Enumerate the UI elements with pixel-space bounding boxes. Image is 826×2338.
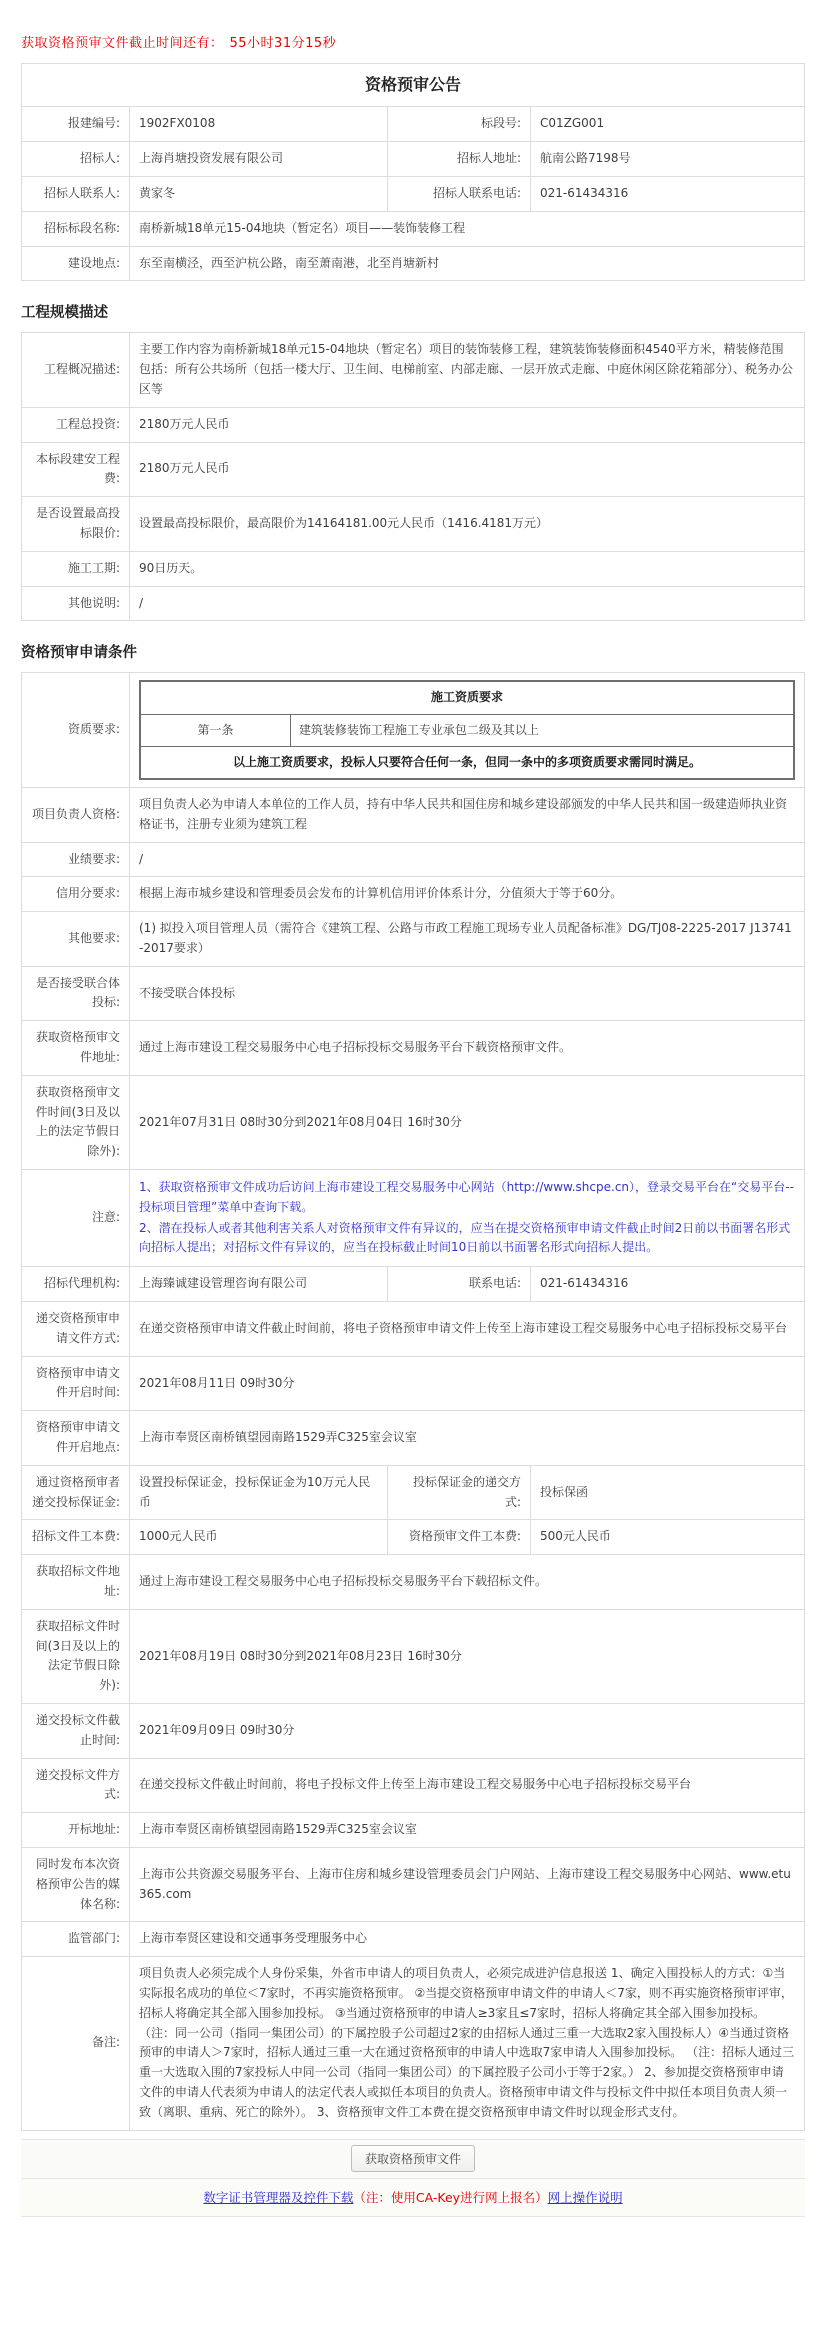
field-value: 2021年07月31日 08时30分到2021年08月04日 16时30分 bbox=[130, 1075, 805, 1169]
table-row: 工程概况描述: 主要工作内容为南桥新城18单元15-04地块（暂定名）项目的装饰… bbox=[22, 333, 805, 407]
field-value: 不接受联合体投标 bbox=[130, 966, 805, 1021]
prequalification-table: 资质要求: 施工资质要求 第一条 建筑装修装饰工程施工专业承包二级及其以上 以上… bbox=[21, 672, 805, 2130]
field-value: 航南公路7198号 bbox=[531, 142, 805, 177]
field-value: 黄家冬 bbox=[130, 176, 388, 211]
field-label: 施工工期: bbox=[22, 551, 130, 586]
field-value: 021-61434316 bbox=[531, 1267, 805, 1302]
field-value: / bbox=[130, 842, 805, 877]
field-label: 资格预审申请文件开启时间: bbox=[22, 1356, 130, 1411]
table-row: 以上施工资质要求，投标人只要符合任何一条，但同一条中的多项资质要求需同时满足。 bbox=[140, 746, 794, 779]
table-row: 获取招标文件地址: 通过上海市建设工程交易服务中心电子招标投标交易服务平台下载招… bbox=[22, 1555, 805, 1610]
field-value: 设置最高投标限价，最高限价为14164181.00元人民币（1416.4181万… bbox=[130, 497, 805, 552]
field-label: 招标人: bbox=[22, 142, 130, 177]
field-value: 通过上海市建设工程交易服务中心电子招标投标交易服务平台下载招标文件。 bbox=[130, 1555, 805, 1610]
download-links-bar: 数字证书管理器及控件下载（注：使用CA-Key进行网上报名）网上操作说明 bbox=[21, 2179, 805, 2217]
field-value: C01ZG001 bbox=[531, 107, 805, 142]
table-row: 是否接受联合体投标: 不接受联合体投标 bbox=[22, 966, 805, 1021]
qualification-requirement-cell: 施工资质要求 第一条 建筑装修装饰工程施工专业承包二级及其以上 以上施工资质要求… bbox=[130, 673, 805, 788]
field-value: 1902FX0108 bbox=[130, 107, 388, 142]
section-heading-project-scale: 工程规模描述 bbox=[21, 301, 805, 322]
field-value: 根据上海市城乡建设和管理委员会发布的计算机信用评价体系计分，分值须大于等于60分… bbox=[130, 877, 805, 912]
countdown-banner: 获取资格预审文件截止时间还有：55小时31分15秒 bbox=[21, 32, 805, 51]
field-label: 项目负责人资格: bbox=[22, 787, 130, 842]
table-row: 开标地址: 上海市奉贤区南桥镇望园南路1529弄C325室会议室 bbox=[22, 1813, 805, 1848]
field-label: 投标保证金的递交方式: bbox=[388, 1465, 531, 1520]
table-row: 资格预审申请文件开启时间: 2021年08月11日 09时30分 bbox=[22, 1356, 805, 1411]
table-row: 施工资质要求 bbox=[140, 681, 794, 714]
field-value: 南桥新城18单元15-04地块（暂定名）项目——装饰装修工程 bbox=[130, 211, 805, 246]
field-value: 500元人民币 bbox=[531, 1520, 805, 1555]
notice-line-2: 2、潜在投标人或者其他利害关系人对资格预审文件有异议的，应当在提交资格预审申请文… bbox=[139, 1219, 795, 1259]
remarks-text: 项目负责人必须完成个人身份采集，外省市申请人的项目负责人，必须完成进沪信息报送 … bbox=[130, 1957, 805, 2130]
field-value: 在递交投标文件截止时间前，将电子投标文件上传至上海市建设工程交易服务中心电子招标… bbox=[130, 1758, 805, 1813]
table-row: 同时发布本次资格预审公告的媒体名称: 上海市公共资源交易服务平台、上海市住房和城… bbox=[22, 1847, 805, 1921]
clause-number: 第一条 bbox=[140, 714, 290, 746]
table-row: 招标文件工本费: 1000元人民币 资格预审文件工本费: 500元人民币 bbox=[22, 1520, 805, 1555]
field-label: 其他要求: bbox=[22, 912, 130, 967]
table-row: 备注: 项目负责人必须完成个人身份采集，外省市申请人的项目负责人，必须完成进沪信… bbox=[22, 1957, 805, 2130]
project-scale-table: 工程概况描述: 主要工作内容为南桥新城18单元15-04地块（暂定名）项目的装饰… bbox=[21, 332, 805, 621]
field-value: 投标保函 bbox=[531, 1465, 805, 1520]
field-value: 上海市奉贤区南桥镇望园南路1529弄C325室会议室 bbox=[130, 1813, 805, 1848]
field-label: 是否接受联合体投标: bbox=[22, 966, 130, 1021]
table-row: 获取资格预审文件时间(3日及以上的法定节假日除外): 2021年07月31日 0… bbox=[22, 1075, 805, 1169]
field-value: 2021年08月11日 09时30分 bbox=[130, 1356, 805, 1411]
field-label: 资格预审申请文件开启地点: bbox=[22, 1411, 130, 1466]
field-value: 在递交资格预审申请文件截止时间前，将电子资格预审申请文件上传至上海市建设工程交易… bbox=[130, 1302, 805, 1357]
field-value: 东至南横泾，西至沪杭公路，南至萧南港，北至肖塘新村 bbox=[130, 246, 805, 281]
table-row: 资格预审申请文件开启地点: 上海市奉贤区南桥镇望园南路1529弄C325室会议室 bbox=[22, 1411, 805, 1466]
field-label: 资格预审文件工本费: bbox=[388, 1520, 531, 1555]
section-heading-prequalification-conditions: 资格预审申请条件 bbox=[21, 641, 805, 662]
field-label: 招标人联系人: bbox=[22, 176, 130, 211]
table-row: 业绩要求: / bbox=[22, 842, 805, 877]
table-row: 招标人: 上海肖塘投资发展有限公司 招标人地址: 航南公路7198号 bbox=[22, 142, 805, 177]
table-row: 是否设置最高投标限价: 设置最高投标限价，最高限价为14164181.00元人民… bbox=[22, 497, 805, 552]
field-label: 信用分要求: bbox=[22, 877, 130, 912]
field-value: 上海市公共资源交易服务平台、上海市住房和城乡建设管理委员会门户网站、上海市建设工… bbox=[130, 1847, 805, 1921]
field-label: 工程概况描述: bbox=[22, 333, 130, 407]
field-value: 1000元人民币 bbox=[130, 1520, 388, 1555]
field-value: 通过上海市建设工程交易服务中心电子招标投标交易服务平台下载资格预审文件。 bbox=[130, 1021, 805, 1076]
construction-qualification-table: 施工资质要求 第一条 建筑装修装饰工程施工专业承包二级及其以上 以上施工资质要求… bbox=[139, 680, 795, 780]
field-value: 上海肖塘投资发展有限公司 bbox=[130, 142, 388, 177]
table-row: 递交资格预审申请文件方式: 在递交资格预审申请文件截止时间前，将电子资格预审申请… bbox=[22, 1302, 805, 1357]
field-label: 建设地点: bbox=[22, 246, 130, 281]
table-row: 其他说明: / bbox=[22, 586, 805, 621]
field-label: 递交投标文件截止时间: bbox=[22, 1704, 130, 1759]
table-row: 通过资格预审者递交投标保证金: 设置投标保证金，投标保证金为10万元人民币 投标… bbox=[22, 1465, 805, 1520]
announcement-page: 获取资格预审文件截止时间还有：55小时31分15秒 资格预审公告 报建编号: 1… bbox=[0, 32, 826, 2217]
field-value: 2021年09月09日 09时30分 bbox=[130, 1704, 805, 1759]
field-value: 上海臻诚建设管理咨询有限公司 bbox=[130, 1267, 388, 1302]
table-row: 注意: 1、获取资格预审文件成功后访问上海市建设工程交易服务中心网站（http:… bbox=[22, 1170, 805, 1267]
online-operation-guide-link[interactable]: 网上操作说明 bbox=[548, 2190, 623, 2205]
table-row: 资质要求: 施工资质要求 第一条 建筑装修装饰工程施工专业承包二级及其以上 以上… bbox=[22, 673, 805, 788]
notice-text: 1、获取资格预审文件成功后访问上海市建设工程交易服务中心网站（http://ww… bbox=[130, 1170, 805, 1267]
field-value: 2180万元人民币 bbox=[130, 407, 805, 442]
field-value: 上海市奉贤区建设和交通事务受理服务中心 bbox=[130, 1922, 805, 1957]
field-label: 获取招标文件地址: bbox=[22, 1555, 130, 1610]
field-value: 上海市奉贤区南桥镇望园南路1529弄C325室会议室 bbox=[130, 1411, 805, 1466]
field-label: 获取资格预审文件地址: bbox=[22, 1021, 130, 1076]
field-label: 标段号: bbox=[388, 107, 531, 142]
table-row: 招标标段名称: 南桥新城18单元15-04地块（暂定名）项目——装饰装修工程 bbox=[22, 211, 805, 246]
action-bar: 获取资格预审文件 bbox=[21, 2139, 805, 2179]
notice-line-1: 1、获取资格预审文件成功后访问上海市建设工程交易服务中心网站（http://ww… bbox=[139, 1178, 795, 1218]
table-row: 获取资格预审文件地址: 通过上海市建设工程交易服务中心电子招标投标交易服务平台下… bbox=[22, 1021, 805, 1076]
table-row: 建设地点: 东至南横泾，西至沪杭公路，南至萧南港，北至肖塘新村 bbox=[22, 246, 805, 281]
field-label: 通过资格预审者递交投标保证金: bbox=[22, 1465, 130, 1520]
field-label: 工程总投资: bbox=[22, 407, 130, 442]
table-row: 施工工期: 90日历天。 bbox=[22, 551, 805, 586]
certificate-manager-download-link[interactable]: 数字证书管理器及控件下载 bbox=[203, 2190, 353, 2205]
field-value: (1) 拟投入项目管理人员（需符合《建筑工程、公路与市政工程施工现场专业人员配备… bbox=[130, 912, 805, 967]
field-value: 2021年08月19日 08时30分到2021年08月23日 16时30分 bbox=[130, 1609, 805, 1703]
field-label: 备注: bbox=[22, 1957, 130, 2130]
field-label: 资质要求: bbox=[22, 673, 130, 788]
field-value: 项目负责人必为申请人本单位的工作人员，持有中华人民共和国住房和城乡建设部颁发的中… bbox=[130, 787, 805, 842]
clause-text: 建筑装修装饰工程施工专业承包二级及其以上 bbox=[290, 714, 794, 746]
field-label: 招标文件工本费: bbox=[22, 1520, 130, 1555]
field-value: 设置投标保证金，投标保证金为10万元人民币 bbox=[130, 1465, 388, 1520]
field-label: 同时发布本次资格预审公告的媒体名称: bbox=[22, 1847, 130, 1921]
field-label: 招标人地址: bbox=[388, 142, 531, 177]
field-label: 监管部门: bbox=[22, 1922, 130, 1957]
table-row: 其他要求: (1) 拟投入项目管理人员（需符合《建筑工程、公路与市政工程施工现场… bbox=[22, 912, 805, 967]
field-value: 2180万元人民币 bbox=[130, 442, 805, 497]
field-label: 报建编号: bbox=[22, 107, 130, 142]
page-title: 资格预审公告 bbox=[22, 64, 805, 107]
table-row: 本标段建安工程费: 2180万元人民币 bbox=[22, 442, 805, 497]
announcement-table: 资格预审公告 报建编号: 1902FX0108 标段号: C01ZG001 招标… bbox=[21, 63, 805, 281]
table-row: 资格预审公告 bbox=[22, 64, 805, 107]
table-row: 招标人联系人: 黄家冬 招标人联系电话: 021-61434316 bbox=[22, 176, 805, 211]
field-label: 招标人联系电话: bbox=[388, 176, 531, 211]
table-row: 第一条 建筑装修装饰工程施工专业承包二级及其以上 bbox=[140, 714, 794, 746]
table-row: 工程总投资: 2180万元人民币 bbox=[22, 407, 805, 442]
ca-key-note: （注：使用CA-Key进行网上报名） bbox=[353, 2190, 547, 2205]
field-label: 递交资格预审申请文件方式: bbox=[22, 1302, 130, 1357]
table-row: 项目负责人资格: 项目负责人必为申请人本单位的工作人员，持有中华人民共和国住房和… bbox=[22, 787, 805, 842]
field-value: 90日历天。 bbox=[130, 551, 805, 586]
field-label: 业绩要求: bbox=[22, 842, 130, 877]
table-row: 监管部门: 上海市奉贤区建设和交通事务受理服务中心 bbox=[22, 1922, 805, 1957]
field-label: 获取资格预审文件时间(3日及以上的法定节假日除外): bbox=[22, 1075, 130, 1169]
field-label: 开标地址: bbox=[22, 1813, 130, 1848]
field-label: 注意: bbox=[22, 1170, 130, 1267]
get-prequalification-file-button[interactable]: 获取资格预审文件 bbox=[351, 2145, 475, 2172]
field-label: 联系电话: bbox=[388, 1267, 531, 1302]
qualification-note: 以上施工资质要求，投标人只要符合任何一条，但同一条中的多项资质要求需同时满足。 bbox=[140, 746, 794, 779]
field-label: 其他说明: bbox=[22, 586, 130, 621]
field-label: 招标代理机构: bbox=[22, 1267, 130, 1302]
field-label: 获取招标文件时间(3日及以上的法定节假日除外): bbox=[22, 1609, 130, 1703]
field-label: 递交投标文件方式: bbox=[22, 1758, 130, 1813]
table-row: 报建编号: 1902FX0108 标段号: C01ZG001 bbox=[22, 107, 805, 142]
countdown-label: 获取资格预审文件截止时间还有： bbox=[21, 36, 224, 51]
table-row: 获取招标文件时间(3日及以上的法定节假日除外): 2021年08月19日 08时… bbox=[22, 1609, 805, 1703]
table-row: 递交投标文件截止时间: 2021年09月09日 09时30分 bbox=[22, 1704, 805, 1759]
field-label: 是否设置最高投标限价: bbox=[22, 497, 130, 552]
inner-table-title: 施工资质要求 bbox=[140, 681, 794, 714]
field-label: 本标段建安工程费: bbox=[22, 442, 130, 497]
field-value: 021-61434316 bbox=[531, 176, 805, 211]
field-label: 招标标段名称: bbox=[22, 211, 130, 246]
table-row: 信用分要求: 根据上海市城乡建设和管理委员会发布的计算机信用评价体系计分，分值须… bbox=[22, 877, 805, 912]
countdown-time: 55小时31分15秒 bbox=[230, 36, 337, 51]
field-value: 主要工作内容为南桥新城18单元15-04地块（暂定名）项目的装饰装修工程，建筑装… bbox=[130, 333, 805, 407]
field-value: / bbox=[130, 586, 805, 621]
table-row: 招标代理机构: 上海臻诚建设管理咨询有限公司 联系电话: 021-6143431… bbox=[22, 1267, 805, 1302]
table-row: 递交投标文件方式: 在递交投标文件截止时间前，将电子投标文件上传至上海市建设工程… bbox=[22, 1758, 805, 1813]
